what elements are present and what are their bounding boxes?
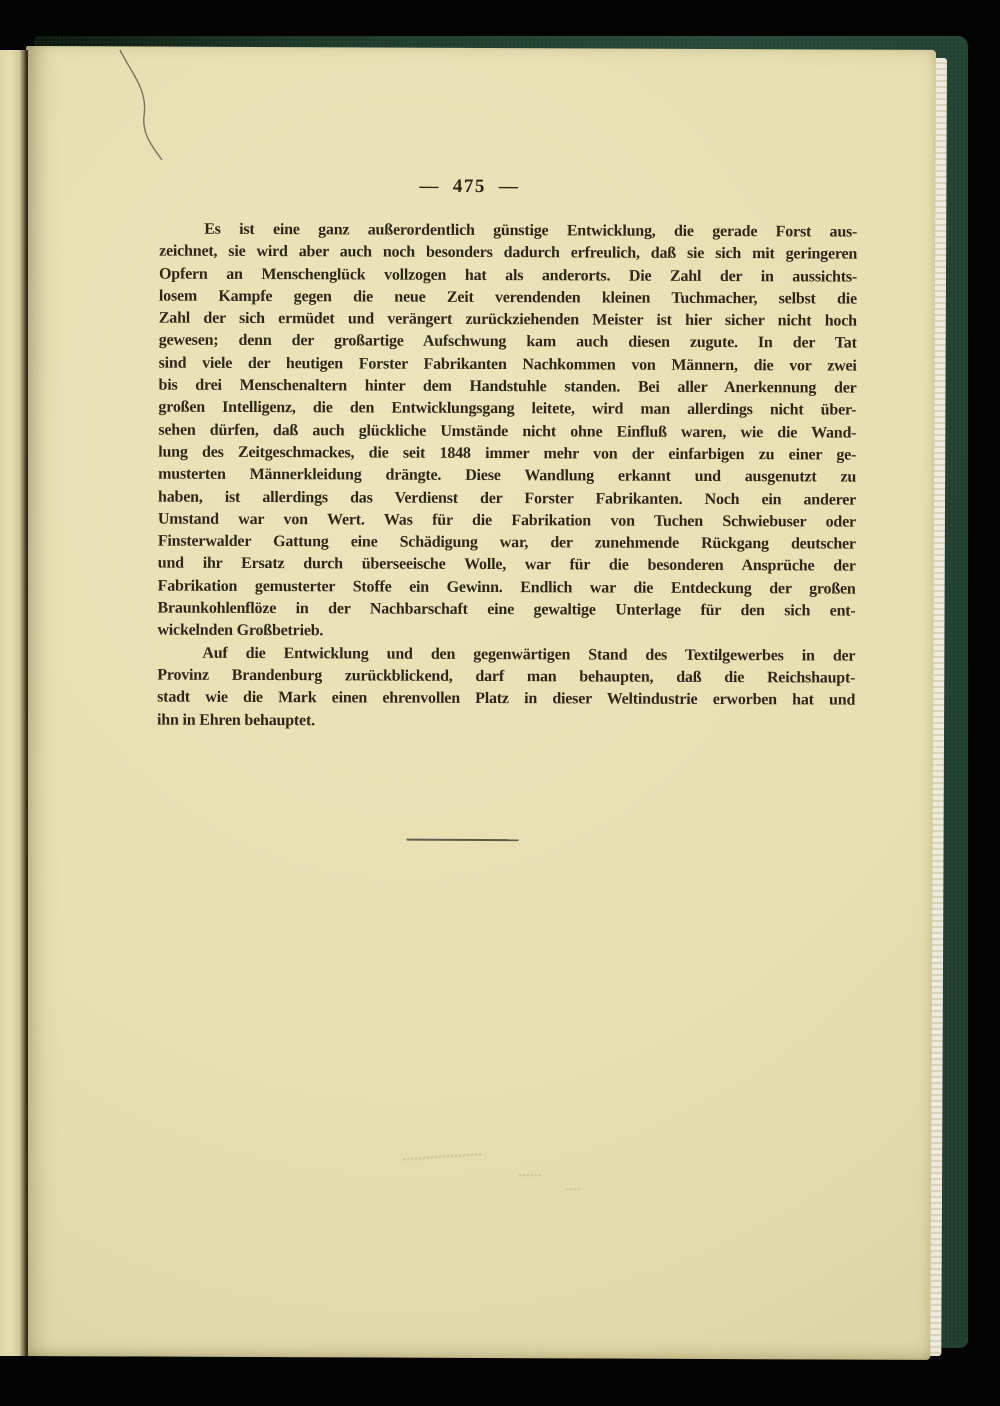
page-number: —475— (25, 174, 913, 200)
page-wrap: —475— Es ist eine ganz außerordentlich g… (0, 0, 1000, 1406)
page-number-value: 475 (453, 176, 486, 197)
text-line: bis drei Menschenaltern hinter dem Hands… (158, 375, 856, 400)
ink-bleed-smudge (566, 1188, 580, 1190)
text-line: Opfern an Menschenglück vollzogen hat al… (159, 263, 857, 288)
adjacent-page-edge (0, 50, 28, 1356)
text-line: sehen dürfen, daß auch glückliche Umstän… (158, 419, 856, 444)
text-line: losem Kampfe gegen die neue Zeit verende… (159, 285, 857, 310)
section-divider-rule (407, 839, 519, 841)
text-line: Zahl der sich ermüdet und verängert zurü… (159, 308, 857, 333)
text-line: haben, ist allerdings das Verdienst der … (158, 486, 856, 511)
page-number-right-dash: — (499, 176, 520, 197)
book-scan: —475— Es ist eine ganz außerordentlich g… (0, 0, 1000, 1406)
ink-bleed-smudge (519, 1174, 541, 1176)
page-number-left-dash: — (419, 176, 440, 197)
text-line: gewesen; denn der großartige Aufschwung … (159, 330, 857, 355)
text-line: wickelnden Großbetrieb. (157, 620, 855, 645)
text-line: großen Intelligenz, die den Entwicklungs… (158, 397, 856, 422)
text-line: Es ist eine ganz außerordentlich günstig… (159, 219, 857, 244)
text-line: Provinz Brandenburg zurückblickend, darf… (157, 664, 855, 689)
paragraph: Auf die Entwicklung und den gegenwärtige… (157, 642, 855, 734)
text-line: stadt wie die Mark einen ehrenvollen Pla… (157, 687, 855, 712)
text-line: zeichnet, sie wird aber auch noch besond… (159, 241, 857, 266)
text-line: lung des Zeitgeschmackes, die seit 1848 … (158, 442, 856, 467)
text-line: musterten Männerkleidung drängte. Diese … (158, 464, 856, 489)
text-line: Finsterwalder Gattung eine Schädigung wa… (158, 531, 856, 556)
text-line: ihn in Ehren behauptet. (157, 709, 855, 734)
text-line: Braunkohlenflöze in der Nachbarschaft ei… (158, 598, 856, 623)
ink-bleed-smudge (403, 1153, 481, 1160)
text-block: Es ist eine ganz außerordentlich günstig… (157, 219, 857, 735)
text-line: sind viele der heutigen Forster Fabrikan… (159, 352, 857, 377)
scan-hair-artifact (102, 46, 182, 166)
text-line: Umstand war von Wert. Was für die Fabrik… (158, 508, 856, 533)
text-line: Auf die Entwicklung und den gegenwärtige… (157, 642, 855, 667)
text-line: Fabrikation gemusterter Stoffe ein Gewin… (158, 575, 856, 600)
book-page: —475— Es ist eine ganz außerordentlich g… (20, 46, 936, 1360)
paragraph: Es ist eine ganz außerordentlich günstig… (157, 219, 857, 646)
text-line: und ihr Ersatz durch überseeische Wolle,… (158, 553, 856, 578)
